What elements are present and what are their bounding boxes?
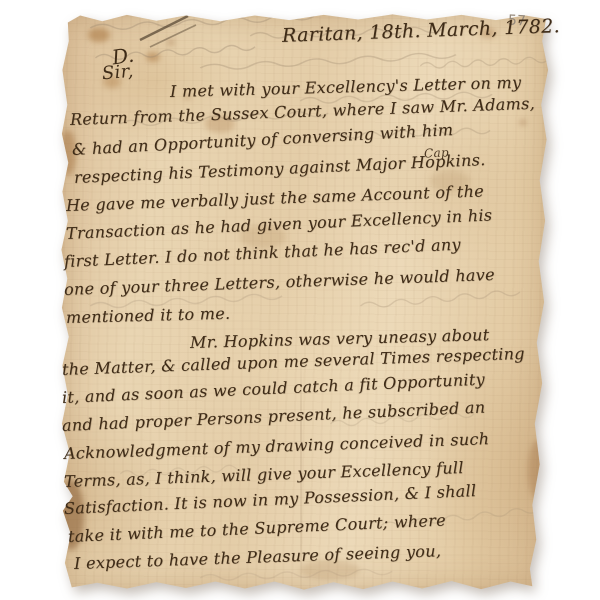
letter-paper [58,12,550,592]
bleedthrough-ink [58,12,550,592]
paper-shadow-wrap [0,0,600,600]
letter-photo: 57 Raritan, 18th. March, 1782. D. Sir, C… [0,0,600,600]
